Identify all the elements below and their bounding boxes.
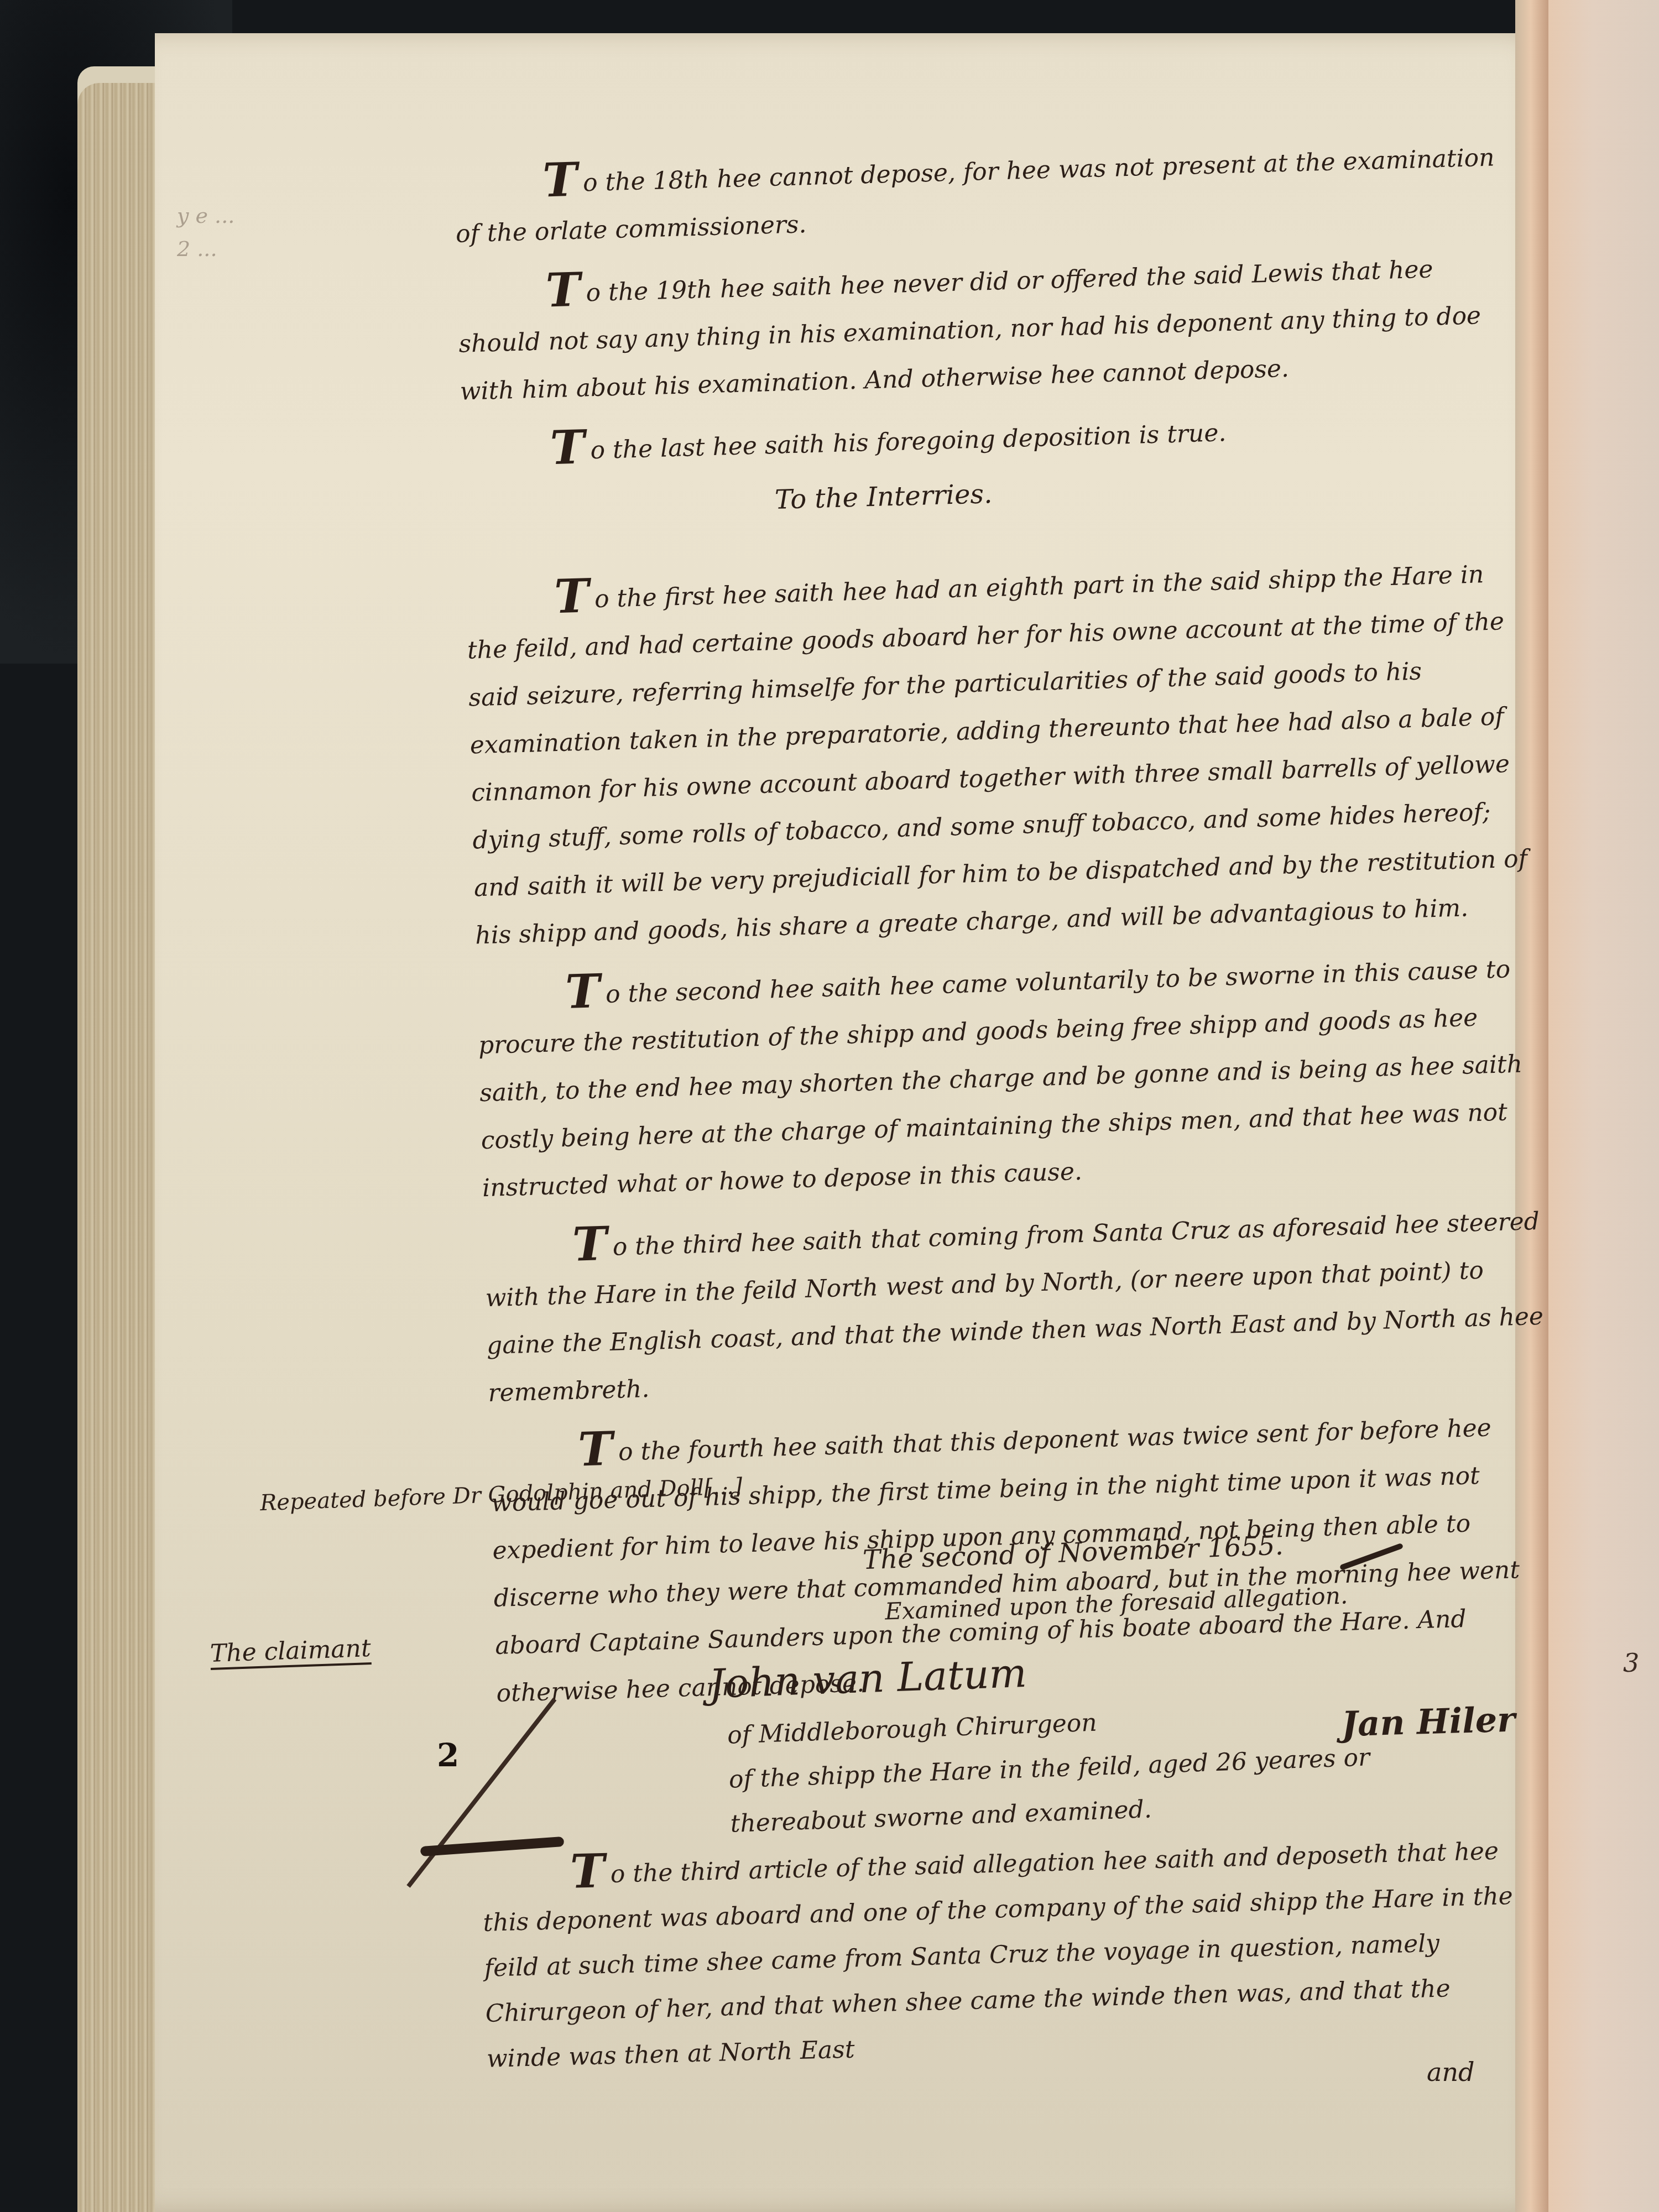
facing-page bbox=[1548, 0, 1659, 2212]
drop-initial: T bbox=[525, 1848, 606, 1896]
drop-initial: T bbox=[509, 572, 589, 622]
paragraph-interrogatory-3: To the third hee saith that coming from … bbox=[483, 1190, 1550, 1417]
margin-faint-note: 2 ... bbox=[177, 232, 234, 265]
folio-number: 3 bbox=[1623, 1648, 1639, 1678]
paragraph-text: o the third article of the said allegati… bbox=[483, 1837, 1514, 2073]
paragraph-interrogatory-1: To the first hee saith hee had an eighth… bbox=[465, 541, 1537, 959]
margin-faint-notes: y e ... 2 ... bbox=[177, 199, 234, 265]
paragraph-text: o the first hee saith hee had an eighth … bbox=[467, 560, 1527, 950]
margin-faint-note: y e ... bbox=[177, 199, 234, 232]
paragraph-text: o the 19th hee saith hee never did or of… bbox=[458, 255, 1481, 406]
drop-initial: T bbox=[528, 1220, 608, 1270]
deposition-text-upper: To the 18th hee cannot depose, for hee w… bbox=[453, 125, 1560, 1771]
paragraph-text: o the second hee saith hee came voluntar… bbox=[478, 955, 1522, 1202]
drop-initial: T bbox=[520, 967, 601, 1017]
margin-claimant-label: The claimant bbox=[210, 1634, 371, 1670]
witness-number: 2 bbox=[437, 1736, 459, 1774]
paragraph-text: o the last hee saith his foregoing depos… bbox=[590, 419, 1227, 465]
witness-heading: John van Latum of Middleborough Chirurge… bbox=[708, 1625, 1532, 1846]
drop-initial: T bbox=[505, 424, 586, 473]
paragraph-text: o the third hee saith that coming from S… bbox=[485, 1207, 1544, 1407]
paragraph-interrogatory-2: To the second hee saith hee came volunta… bbox=[476, 937, 1545, 1212]
drop-initial: T bbox=[498, 156, 578, 206]
paragraph-text: o the 18th hee cannot depose, for hee wa… bbox=[455, 143, 1495, 248]
paragraph-third-article: To the third article of the said allegat… bbox=[481, 1820, 1526, 2082]
paragraph-article-19: To the 19th hee saith hee never did or o… bbox=[457, 235, 1522, 416]
catchword: and bbox=[1427, 2057, 1475, 2087]
drop-initial: T bbox=[501, 266, 581, 316]
drop-initial: T bbox=[533, 1425, 613, 1475]
deposition-text-lower: To the third article of the said allegat… bbox=[481, 1820, 1527, 2089]
